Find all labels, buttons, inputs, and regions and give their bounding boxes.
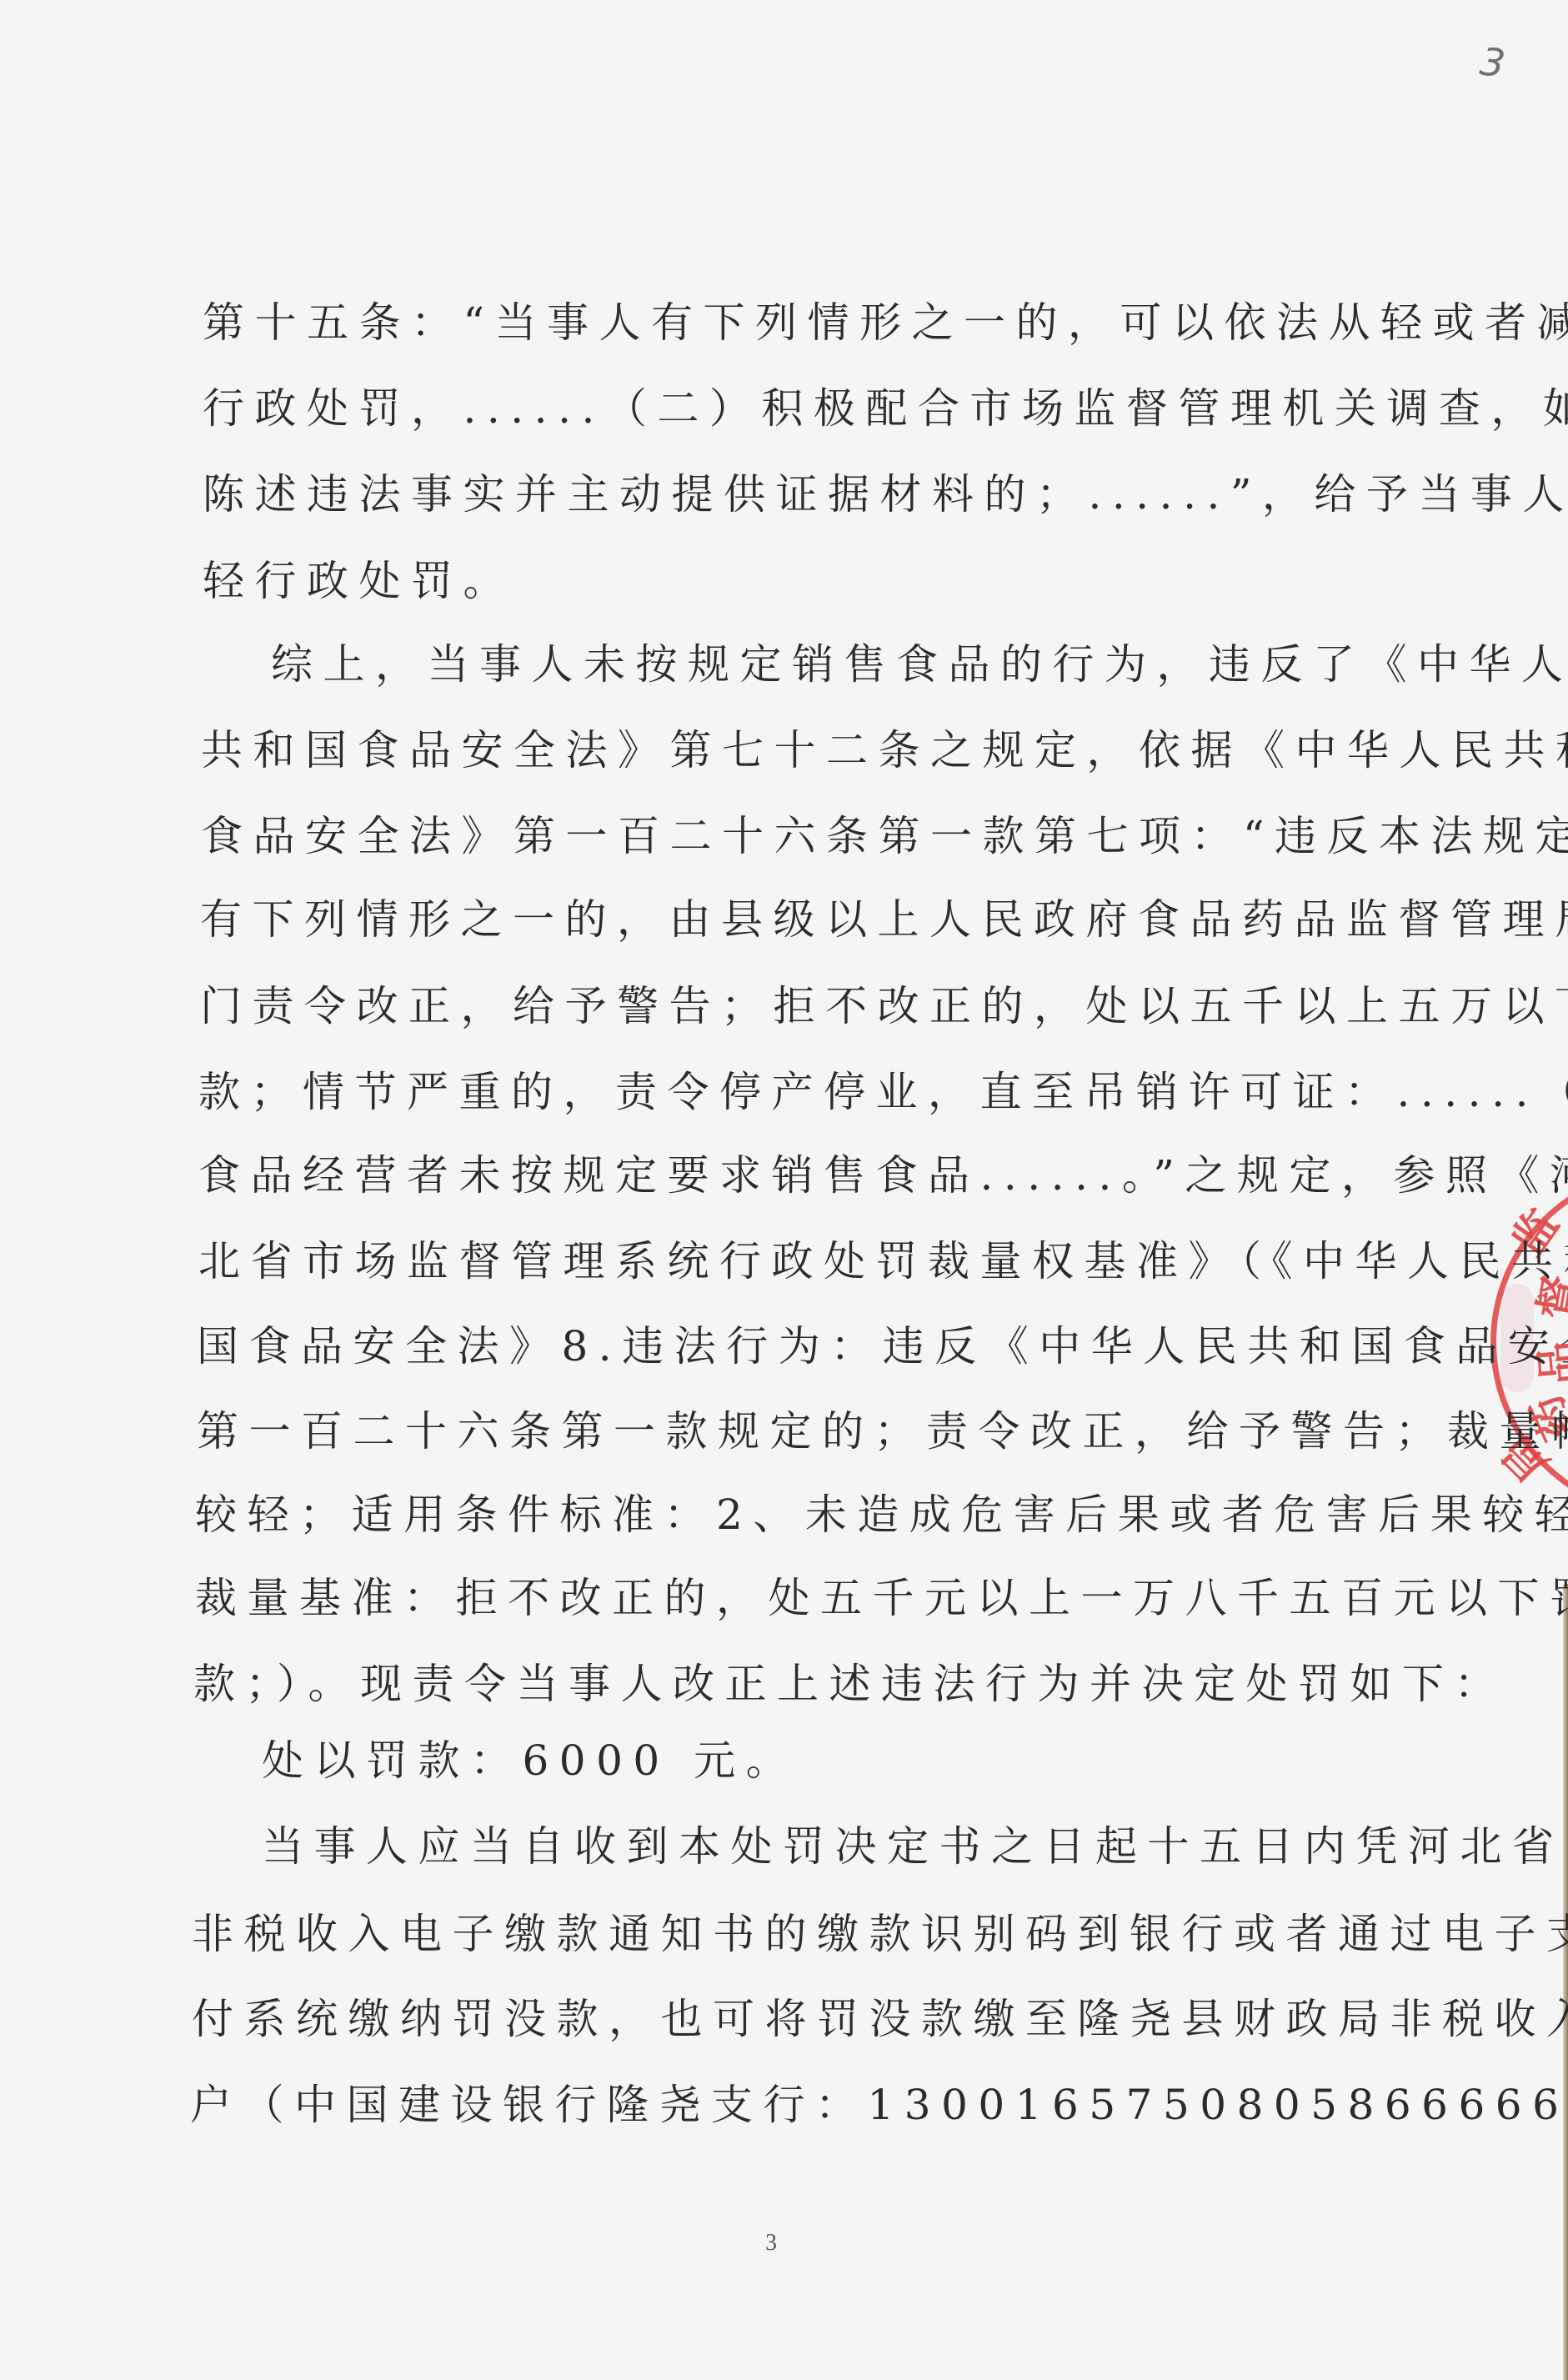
text-line: 陈述违法事实并主动提供证据材料的；......”，给予当事人从: [203, 469, 1568, 519]
text-line: 国食品安全法》8.违法行为：违反《中华人民共和国食品安全法》: [197, 1321, 1568, 1371]
text-line: 当事人应当自收到本处罚决定书之日起十五日内凭河北省: [262, 1821, 1565, 1871]
text-line: 较轻；适用条件标准：2、未造成危害后果或者危害后果较轻的；: [195, 1490, 1568, 1540]
text-line: 轻行政处罚。: [203, 556, 515, 606]
page-number: 3: [765, 2230, 777, 2257]
text-line: 付系统缴纳罚没款，也可将罚没款缴至隆尧县财政局非税收入账: [192, 1994, 1568, 2044]
text-line: 共和国食品安全法》第七十二条之规定，依据《中华人民共和国: [201, 725, 1568, 775]
text-line: 款；）。现责令当事人改正上述违法行为并决定处罚如下：: [193, 1659, 1506, 1709]
text-line: 户（中国建设银行隆尧支行：13001657508058666668；中国工商: [190, 2080, 1568, 2130]
page-edge: [1563, 1584, 1568, 2380]
text-line: 第十五条：“当事人有下列情形之一的，可以依法从轻或者减轻: [203, 298, 1568, 348]
text-line: 门责令改正，给予警告；拒不改正的，处以五千以上五万以下罚: [200, 981, 1568, 1031]
text-line: 裁量基准：拒不改正的，处五千元以上一万八千五百元以下罚: [195, 1573, 1568, 1623]
text-line: 食品经营者未按规定要求销售食品......。”之规定，参照《河: [198, 1150, 1568, 1200]
text-line: 综上，当事人未按规定销售食品的行为，违反了《中华人民: [271, 639, 1568, 689]
text-line: 食品安全法》第一百二十六条第一款第七项：“违反本法规定，: [201, 811, 1568, 861]
text-line: 款；情节严重的，责令停产停业，直至吊销许可证：......（七）: [198, 1067, 1568, 1117]
text-line: 非税收入电子缴款通知书的缴款识别码到银行或者通过电子支: [192, 1909, 1568, 1959]
handwritten-page-mark: 3: [1477, 38, 1508, 87]
text-line: 北省市场监督管理系统行政处罚裁量权基准》（《中华人民共和: [198, 1236, 1568, 1286]
text-line: 有下列情形之一的，由县级以上人民政府食品药品监督管理局部: [200, 894, 1568, 944]
text-line: 行政处罚，......（二）积极配合市场监督管理机关调查，如实: [203, 383, 1568, 433]
text-line: 第一百二十六条第一款规定的；责令改正，给予警告；裁量幅度：: [197, 1406, 1568, 1456]
penalty-line: 处以罚款：6000 元。: [262, 1736, 798, 1786]
